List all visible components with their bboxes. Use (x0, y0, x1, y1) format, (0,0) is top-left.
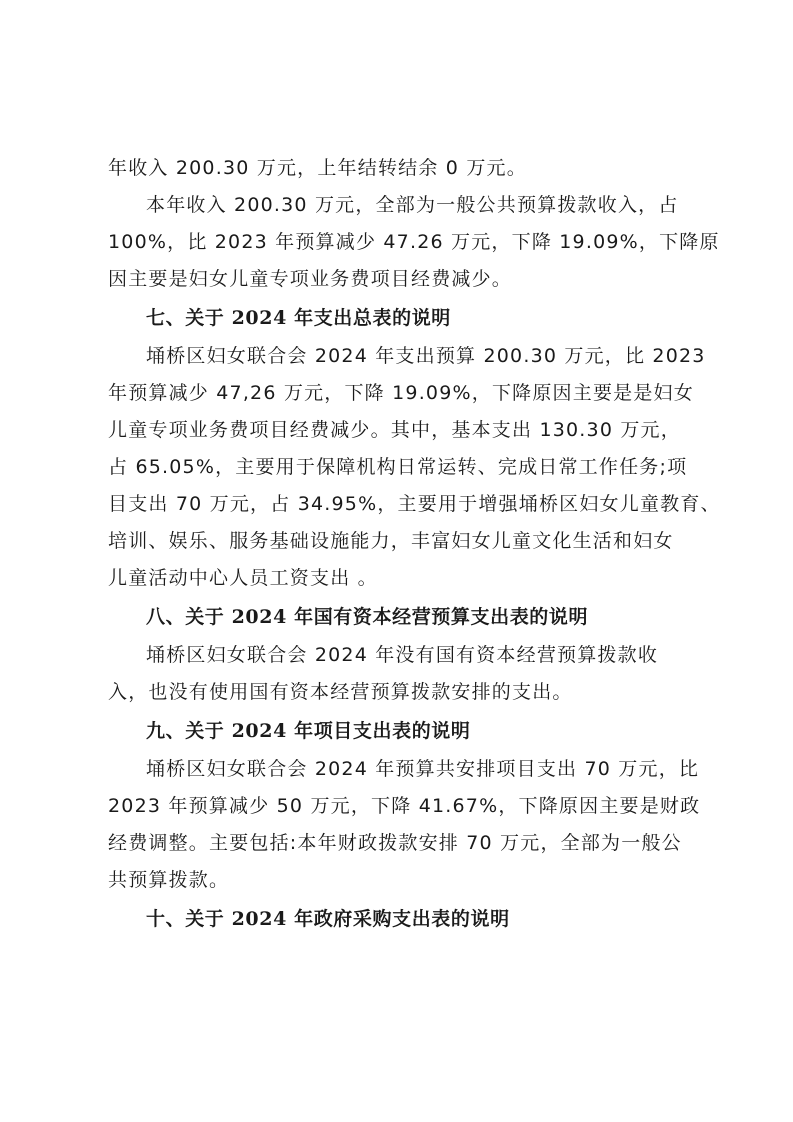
paragraph-line: 年收入 200.30 万元，上年结转结余 0 万元。 (108, 150, 527, 187)
paragraph-line: 埇桥区妇女联合会 2024 年支出预算 200.30 万元，比 2023 (146, 338, 706, 375)
paragraph-line: 埇桥区妇女联合会 2024 年预算共安排项目支出 70 万元，比 (146, 751, 699, 788)
paragraph-line: 入，也没有使用国有资本经营预算拨款安排的支出。 (108, 674, 573, 711)
paragraph-line: 埇桥区妇女联合会 2024 年没有国有资本经营预算拨款收 (146, 637, 658, 674)
paragraph-line: 目支出 70 万元，占 34.95%，主要用于增强埇桥区妇女儿童教育、 (108, 486, 721, 523)
section-heading-7: 七、关于 2024 年支出总表的说明 (146, 300, 451, 337)
paragraph-line: 儿童专项业务费项目经费减少。其中，基本支出 130.30 万元， (108, 412, 681, 449)
section-heading-8: 八、关于 2024 年国有资本经营预算支出表的说明 (146, 599, 588, 636)
paragraph-line: 因主要是妇女儿童专项业务费项目经费减少。 (108, 261, 512, 298)
paragraph-line: 培训、娱乐、服务基础设施能力，丰富妇女儿童文化生活和妇女 (108, 523, 674, 560)
paragraph-line: 100%，比 2023 年预算减少 47.26 万元，下降 19.09%，下降原 (108, 224, 720, 261)
paragraph-line: 经费调整。主要包括:本年财政拨款安排 70 万元，全部为一般公 (108, 825, 682, 862)
paragraph-line: 共预算拨款。 (108, 862, 229, 899)
paragraph-line: 本年收入 200.30 万元，全部为一般公共预算拨款收入，占 (146, 187, 679, 224)
section-heading-10: 十、关于 2024 年政府采购支出表的说明 (146, 901, 510, 938)
paragraph-line: 年预算减少 47,26 万元，下降 19.09%，下降原因主要是是妇女 (108, 375, 694, 412)
paragraph-line: 占 65.05%，主要用于保障机构日常运转、完成日常工作任务;项 (108, 449, 687, 486)
paragraph-line: 儿童活动中心人员工资支出 。 (108, 560, 378, 597)
paragraph-line: 2023 年预算减少 50 万元，下降 41.67%，下降原因主要是财政 (108, 788, 700, 825)
section-heading-9: 九、关于 2024 年项目支出表的说明 (146, 713, 471, 750)
